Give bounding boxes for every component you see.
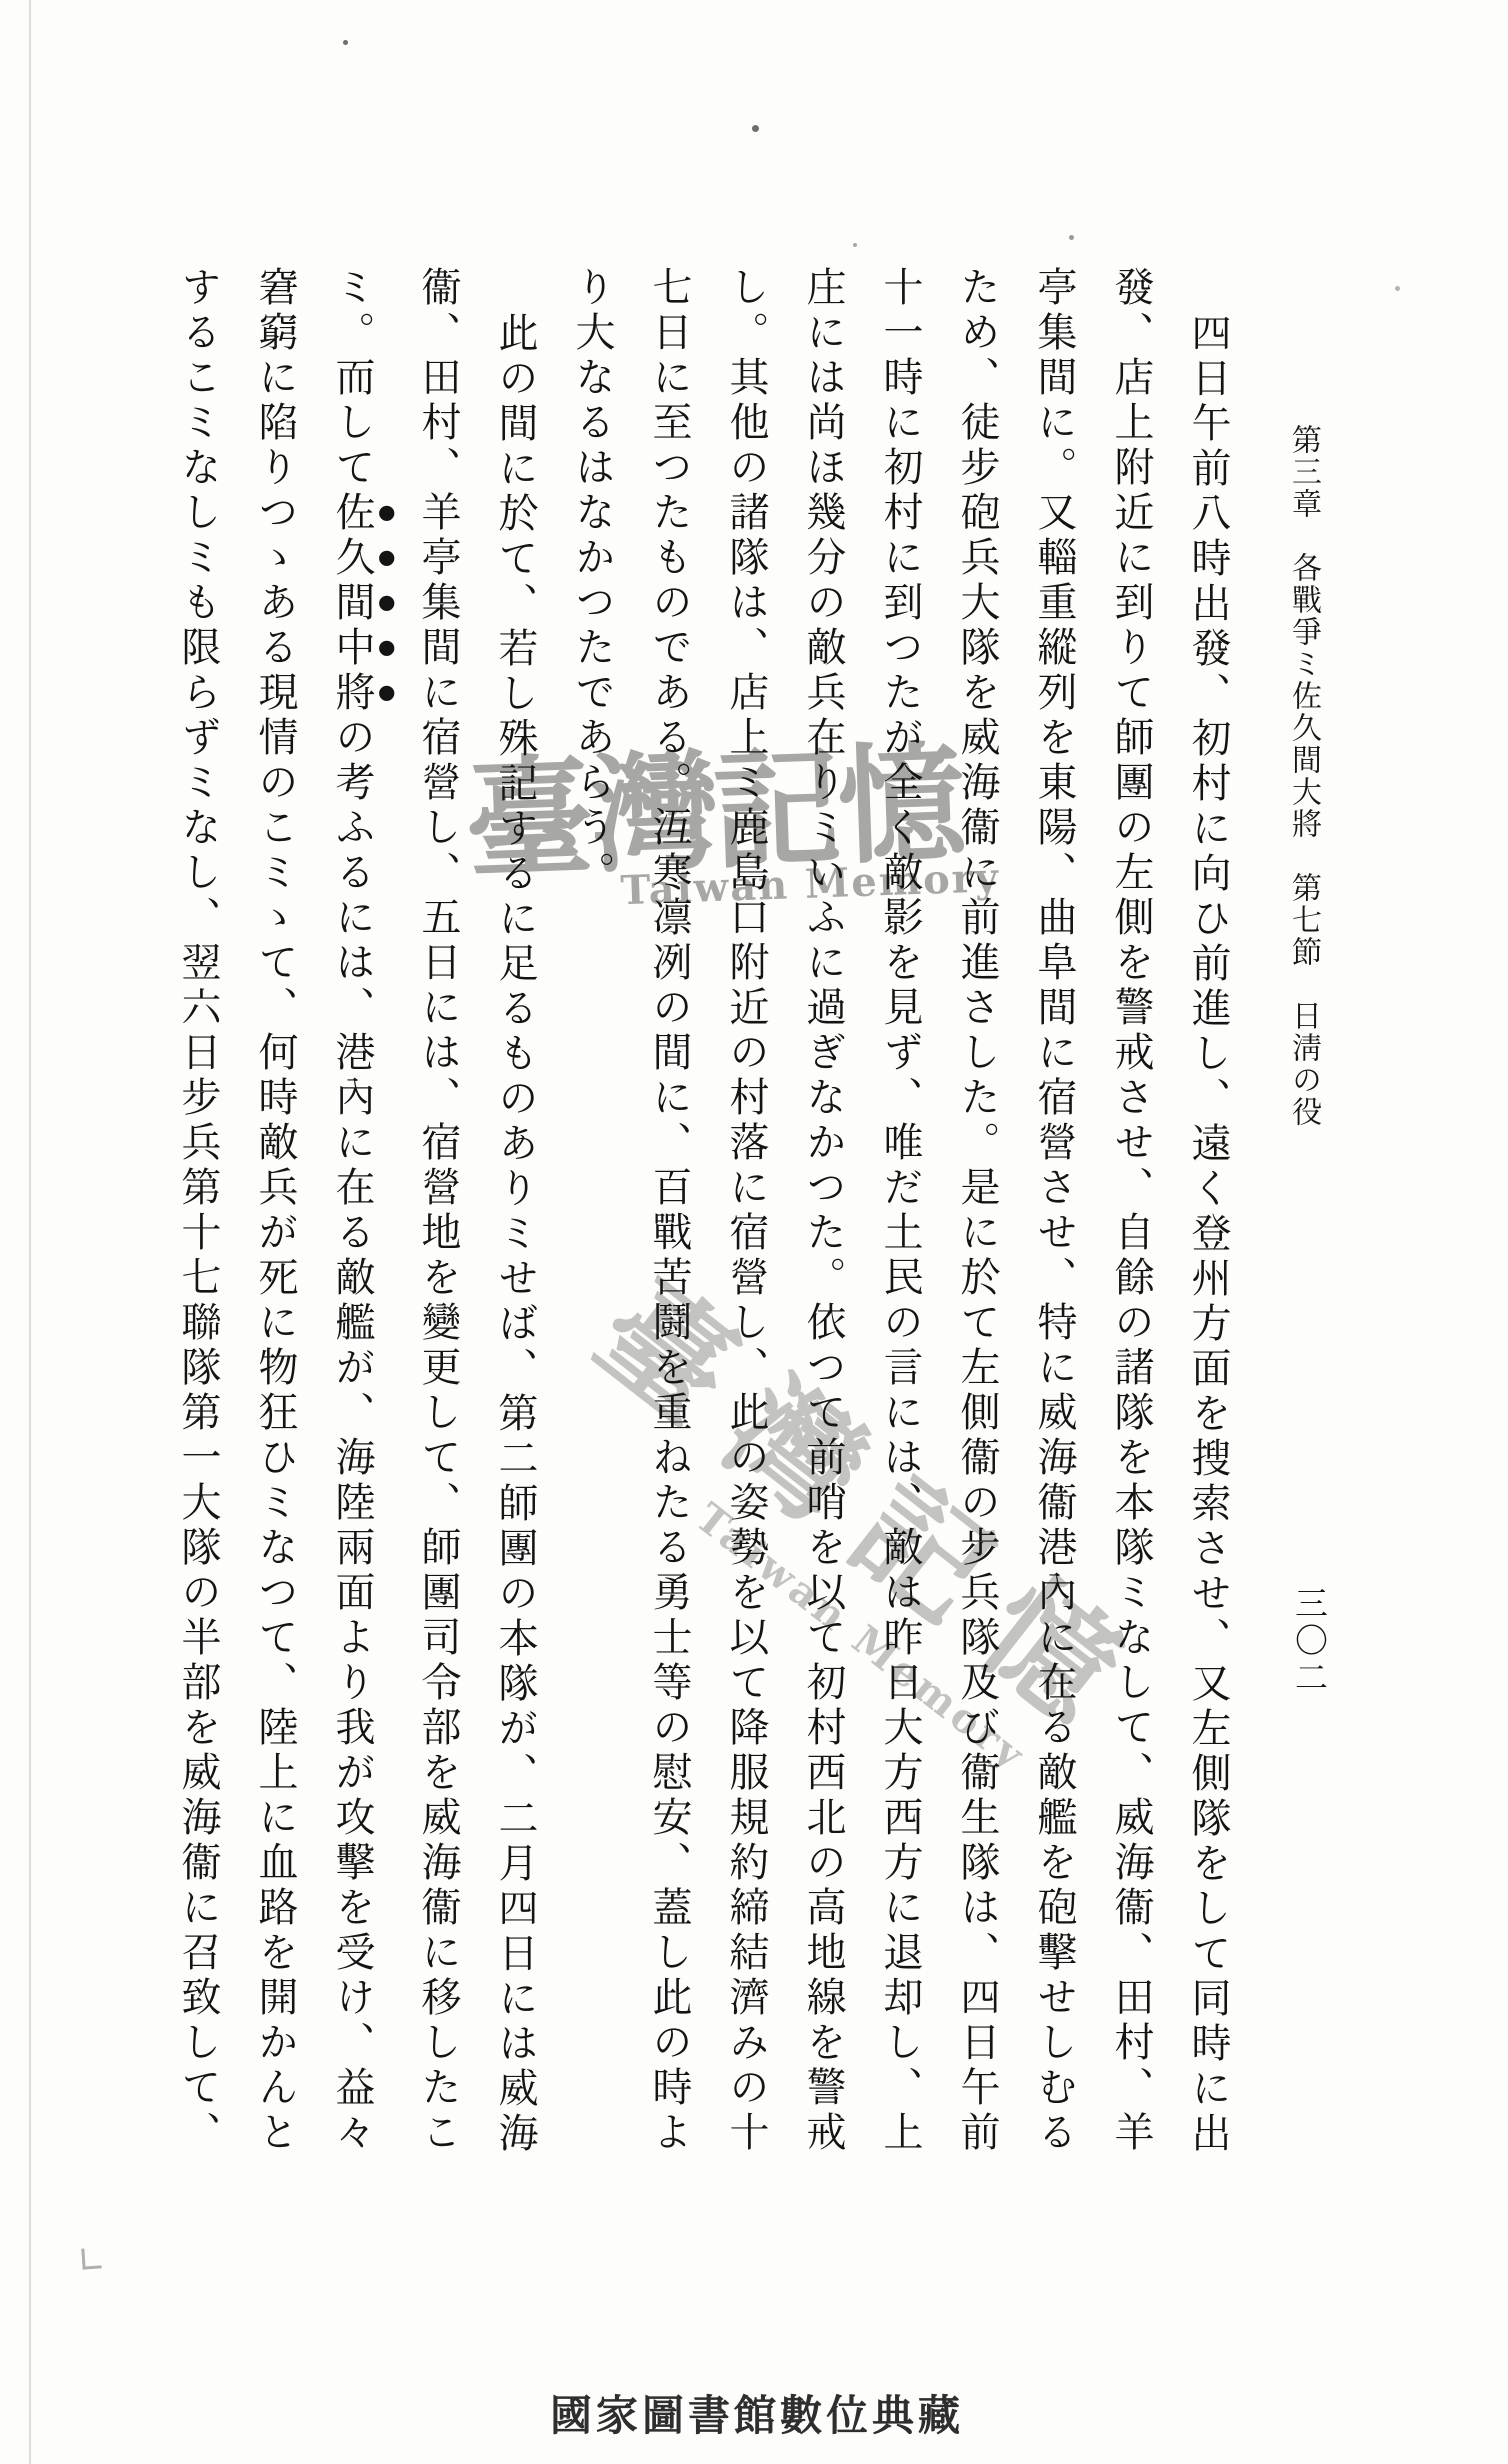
scanned-book-page: { "page": { "header": "第三章 各戰爭ミ佐久間大將 第七節… <box>0 0 1508 2464</box>
text-column: 此の間に於て、若し殊記するに足るものありミせば、第二師團の本隊が、二月四日には威… <box>476 266 553 2306</box>
text-column: 庄には尚ほ幾分の敵兵在りミいふに過ぎなかつた。依つて前哨を以て初村西北の高地線を… <box>784 266 861 2306</box>
text-column: するこミなしミも限らずミなし、翌六日步兵第十七聯隊第一大隊の半部を威海衞に召致し… <box>159 266 236 2306</box>
text-column: 窘窮に陷りつゝある現情のこミゝて、何時敵兵が死に物狂ひミなつて、陸上に血路を開か… <box>236 266 313 2306</box>
scan-edge-line <box>29 0 31 2464</box>
scan-speck <box>1069 235 1074 240</box>
text-column: り大なるはなかつたであらう。 <box>553 266 630 2306</box>
emphasized-text: 佐久間中將 <box>329 491 375 716</box>
text-block: 四日午前八時出發、初村に向ひ前進し、遠く登州方面を搜索させ、又左側隊をして同時に… <box>168 266 1246 2306</box>
scan-speck <box>343 40 348 45</box>
scan-corner-mark <box>81 2247 101 2269</box>
text-column: 四日午前八時出發、初村に向ひ前進し、遠く登州方面を搜索させ、又左側隊をして同時に… <box>1169 266 1246 2306</box>
text-column: 七日に至つたものである。沍寒凛冽の間に、百戰苦鬪を重ねたる勇士等の慰安、蓋し此の… <box>630 266 707 2306</box>
scan-speck <box>1395 286 1400 291</box>
text-column: 亭集間に。又輜重縱列を東陽、曲阜間に宿營させ、特に威海衞港內に在る敵艦を砲擊せし… <box>1015 266 1092 2306</box>
page-number: 三〇二 <box>1286 1586 1333 1786</box>
scan-speck <box>752 125 759 132</box>
text-column: 十一時に初村に到つたが全く敵影を見ず、唯だ土民の言には、敵は昨日大方西方に退却し… <box>861 266 938 2306</box>
text-column: ミ。而して佐久間中將の考ふるには、港內に在る敵艦が、海陸兩面より我が攻擊を受け、… <box>313 266 399 2306</box>
text-column: し。其他の諸隊は、店上ミ鹿島口附近の村落に宿營し、此の姿勢を以て降服規約締結濟み… <box>707 266 784 2306</box>
scan-speck <box>853 243 857 247</box>
text-column: 衞、田村、羊亭集間に宿營し、五日には、宿營地を變更して、師團司令部を威海衞に移し… <box>399 266 476 2306</box>
text-column: 發、店上附近に到りて師團の左側を警戒させ、自餘の諸隊を本隊ミなして、威海衞、田村… <box>1092 266 1169 2306</box>
footer-stamp: 國家圖書館數位典藏 <box>550 2383 964 2443</box>
chapter-header: 第三章 各戰爭ミ佐久間大將 第七節 日淸の役 <box>1281 424 1325 1624</box>
text-column: ため、徒步砲兵大隊を威海衞に前進さした。是に於て左側衞の步兵隊及び衞生隊は、四日… <box>938 266 1015 2306</box>
